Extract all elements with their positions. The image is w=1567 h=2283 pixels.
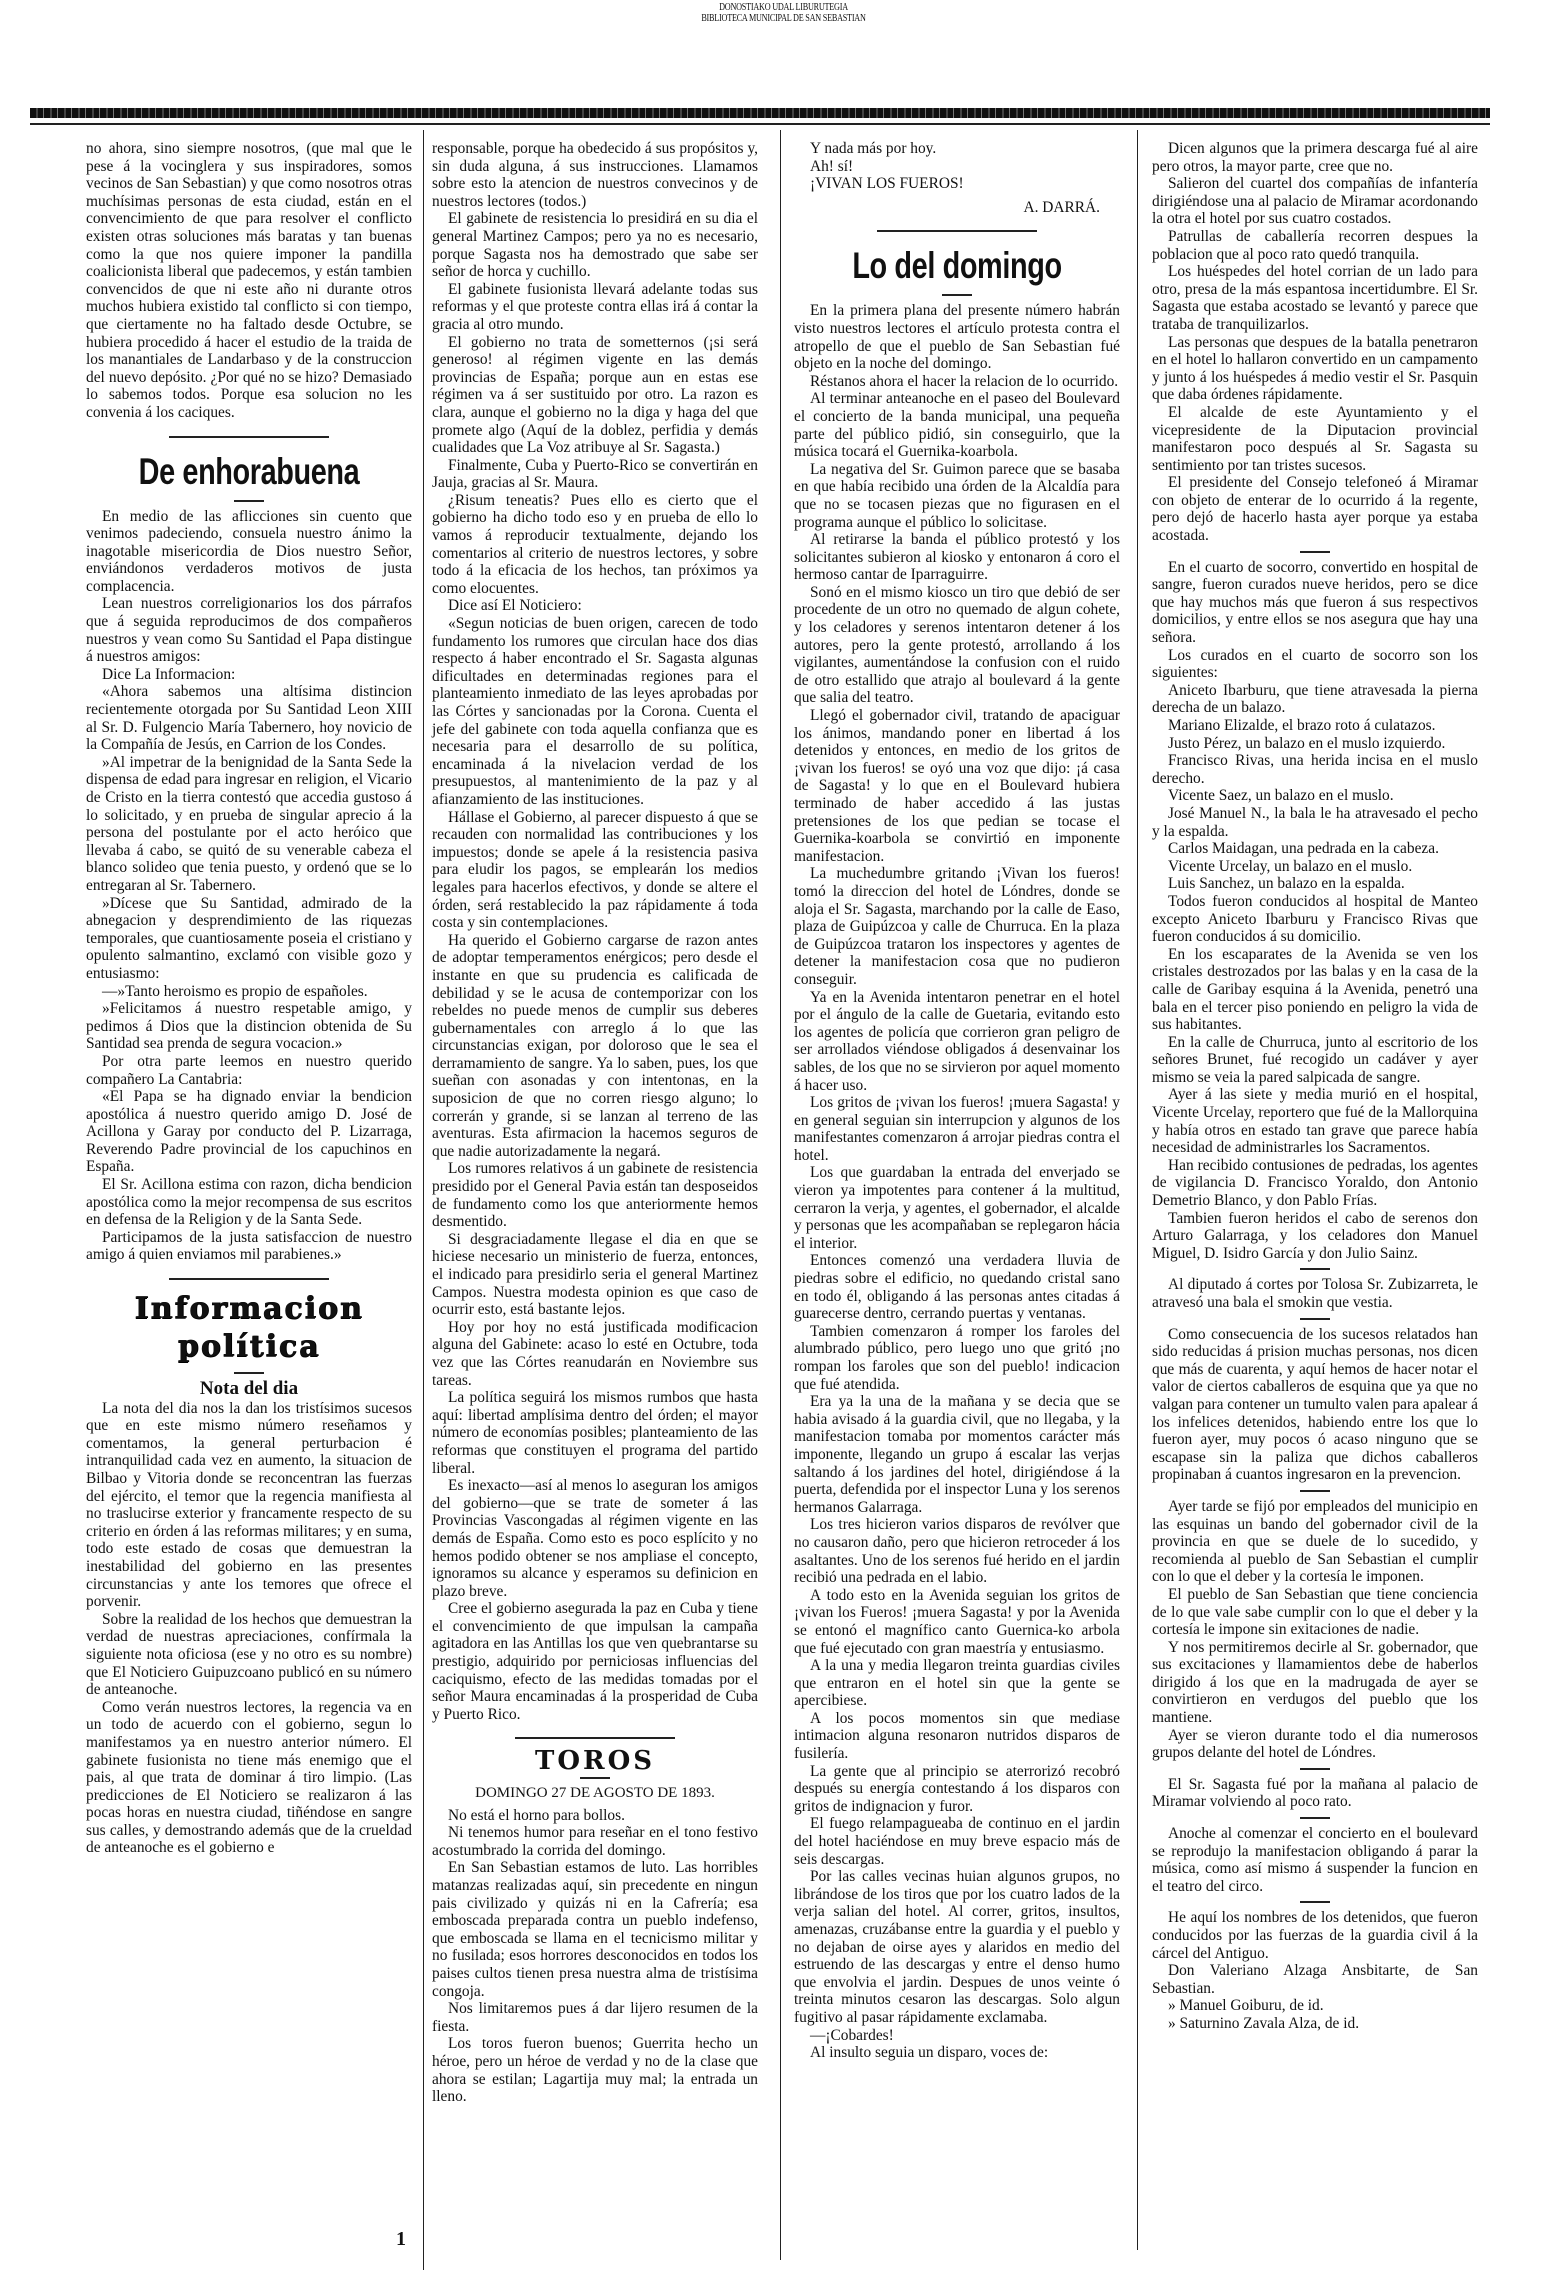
paragraph: Cree el gobierno asegurada la paz en Cub… bbox=[432, 1600, 758, 1723]
paragraph: Las personas que despues de la batalla p… bbox=[1152, 334, 1478, 404]
paragraph: Llegó el gobernador civil, tratando de a… bbox=[794, 707, 1120, 865]
paragraph: Hállase el Gobierno, al parecer dispuest… bbox=[432, 809, 758, 932]
paragraph: Es inexacto—así al menos lo aseguran los… bbox=[432, 1477, 758, 1600]
section-separator bbox=[169, 436, 329, 438]
injured-entry: Vicente Saez, un balazo en el muslo. bbox=[1152, 787, 1478, 805]
verse-line: Y nada más por hoy. bbox=[794, 140, 1120, 158]
masthead-line-1: DONOSTIAKO UDAL LIBURUTEGIA bbox=[141, 2, 1426, 13]
detainee-entry: » Manuel Goiburu, de id. bbox=[1152, 1997, 1478, 2015]
injured-entry: Luis Sanchez, un balazo en la espalda. bbox=[1152, 875, 1478, 893]
paragraph: El gabinete de resistencia lo presidirá … bbox=[432, 210, 758, 280]
injured-entry: Mariano Elizalde, el brazo roto á culata… bbox=[1152, 717, 1478, 735]
column-3: Y nada más por hoy. Ah! sí! ¡VIVAN LOS F… bbox=[794, 140, 1120, 2062]
paragraph: El Sr. Acillona estima con razon, dicha … bbox=[86, 1176, 412, 1229]
paragraph: En medio de las aflicciones sin cuento q… bbox=[86, 508, 412, 596]
paragraph: La gente que al principio se aterrorizó … bbox=[794, 1763, 1120, 1816]
injured-entry: Justo Pérez, un balazo en el muslo izqui… bbox=[1152, 735, 1478, 753]
paragraph: En San Sebastian estamos de luto. Las ho… bbox=[432, 1859, 758, 2000]
paragraph: El gabinete fusionista llevará adelante … bbox=[432, 281, 758, 334]
paragraph: Nos limitaremos pues á dar lijero resume… bbox=[432, 2000, 758, 2035]
paragraph: Lean nuestros correligionarios los dos p… bbox=[86, 595, 412, 665]
paragraph: Los rumores relativos á un gabinete de r… bbox=[432, 1160, 758, 1230]
subtitle-nota-del-dia: Nota del dia bbox=[86, 1380, 412, 1398]
paragraph: Y nos permitiremos decirle al Sr. gobern… bbox=[1152, 1639, 1478, 1727]
paragraph: Los tres hicieron varios disparos de rev… bbox=[794, 1516, 1120, 1586]
paragraph: Tambien comenzaron á romper los faroles … bbox=[794, 1323, 1120, 1393]
paragraph: Patrullas de caballería recorren despues… bbox=[1152, 228, 1478, 263]
paragraph: Sonó en el mismo kiosco un tiro que debi… bbox=[794, 584, 1120, 707]
paragraph: Por las calles vecinas huian algunos gru… bbox=[794, 1868, 1120, 2026]
paragraph: En la calle de Churruca, junto al escrit… bbox=[1152, 1034, 1478, 1087]
column-divider bbox=[780, 130, 781, 2260]
continuation-paragraph: no ahora, sino siempre nosotros, (que ma… bbox=[86, 140, 412, 422]
paragraph: Tambien fueron heridos el cabo de sereno… bbox=[1152, 1210, 1478, 1263]
detainees-intro: He aquí los nombres de los detenidos, qu… bbox=[1152, 1909, 1478, 1962]
section-title-toros: TOROS bbox=[432, 1753, 758, 1771]
paragraph: Salieron del cuartel dos compañías de in… bbox=[1152, 175, 1478, 228]
title-rule bbox=[234, 500, 264, 502]
paragraph: Participamos de la justa satisfaccion de… bbox=[86, 1229, 412, 1264]
paragraph: Si desgraciadamente llegase el dia en qu… bbox=[432, 1231, 758, 1319]
paragraph: A la una y media llegaron treinta guardi… bbox=[794, 1657, 1120, 1710]
paragraph: Los curados en el cuarto de socorro son … bbox=[1152, 647, 1478, 682]
paragraph: Los que guardaban la entrada del enverja… bbox=[794, 1164, 1120, 1252]
paragraph: A todo esto en la Avenida seguian los gr… bbox=[794, 1587, 1120, 1657]
paragraph: El pueblo de San Sebastian que tiene con… bbox=[1152, 1586, 1478, 1639]
paragraph: Hoy por hoy no está justificada modifica… bbox=[432, 1319, 758, 1389]
verse-line: Ah! sí! bbox=[794, 158, 1120, 176]
paragraph: Anoche al comenzar el concierto en el bo… bbox=[1152, 1825, 1478, 1895]
paragraph: Ni tenemos humor para reseñar en el tono… bbox=[432, 1824, 758, 1859]
paragraph: No está el horno para bollos. bbox=[432, 1807, 758, 1825]
paragraph: Al retirarse la banda el público protest… bbox=[794, 531, 1120, 584]
column-divider bbox=[1137, 130, 1138, 2250]
item-separator bbox=[1300, 1268, 1330, 1270]
paragraph: Ayer tarde se fijó por empleados del mun… bbox=[1152, 1498, 1478, 1586]
paragraph: Como consecuencia de los sucesos relatad… bbox=[1152, 1326, 1478, 1484]
item-separator bbox=[1300, 1768, 1330, 1770]
paragraph: En los escaparates de la Avenida se ven … bbox=[1152, 946, 1478, 1034]
column-4: Dicen algunos que la primera descarga fu… bbox=[1152, 140, 1478, 2033]
paragraph: Los toros fueron buenos; Guerrita hecho … bbox=[432, 2035, 758, 2105]
section-separator bbox=[877, 230, 1037, 232]
section-separator bbox=[169, 1278, 329, 1280]
column-2: responsable, porque ha obedecido á sus p… bbox=[432, 140, 758, 2106]
paragraph: Todos fueron conducidos al hospital de M… bbox=[1152, 893, 1478, 946]
item-separator bbox=[1300, 1817, 1330, 1819]
paragraph: La muchedumbre gritando ¡Vivan los fuero… bbox=[794, 865, 1120, 988]
verse-line: ¡VIVAN LOS FUEROS! bbox=[794, 175, 1120, 193]
paragraph: Los gritos de ¡vivan los fueros! ¡muera … bbox=[794, 1094, 1120, 1164]
title-rule bbox=[942, 294, 972, 296]
injured-entry: José Manuel N., la bala le ha atravesado… bbox=[1152, 805, 1478, 840]
paragraph: responsable, porque ha obedecido á sus p… bbox=[432, 140, 758, 210]
paragraph: Al insulto seguia un disparo, voces de: bbox=[794, 2044, 1120, 2062]
paragraph: El alcalde de este Ayuntamiento y el vic… bbox=[1152, 404, 1478, 474]
paragraph: El fuego relampagueaba de continuo en el… bbox=[794, 1815, 1120, 1868]
paragraph: La nota del dia nos la dan los tristísim… bbox=[86, 1400, 412, 1611]
paragraph: »Al impetrar de la benignidad de la Sant… bbox=[86, 754, 412, 895]
item-separator bbox=[1300, 1318, 1330, 1320]
injured-entry: Francisco Rivas, una herida incisa en el… bbox=[1152, 752, 1478, 787]
column-1: no ahora, sino siempre nosotros, (que ma… bbox=[86, 140, 412, 1857]
detainee-entry: » Saturnino Zavala Alza, de id. bbox=[1152, 2015, 1478, 2033]
item-separator bbox=[1300, 551, 1330, 553]
item-separator bbox=[1300, 1901, 1330, 1903]
verse-closing: Y nada más por hoy. Ah! sí! ¡VIVAN LOS F… bbox=[794, 140, 1120, 193]
paragraph: «El Papa se ha dignado enviar la bendici… bbox=[86, 1088, 412, 1176]
injured-entry: Vicente Urcelay, un balazo en el muslo. bbox=[1152, 858, 1478, 876]
detainee-entry: Don Valeriano Alzaga Ansbitarte, de San … bbox=[1152, 1962, 1478, 1997]
paragraph: Por otra parte leemos en nuestro querido… bbox=[86, 1053, 412, 1088]
paragraph: Era ya la una de la mañana y se decia qu… bbox=[794, 1393, 1120, 1516]
paragraph: »Felicitamos á nuestro respetable amigo,… bbox=[86, 1000, 412, 1053]
paragraph: Réstanos ahora el hacer la relacion de l… bbox=[794, 373, 1120, 391]
paragraph: En el cuarto de socorro, convertido en h… bbox=[1152, 559, 1478, 647]
paragraph: En la primera plana del presente número … bbox=[794, 302, 1120, 372]
paragraph: ¿Risum teneatis? Pues ello es cierto que… bbox=[432, 492, 758, 598]
author-signature: A. DARRÁ. bbox=[794, 199, 1120, 217]
top-rule bbox=[30, 123, 1490, 125]
injured-entry: Aniceto Ibarburu, que tiene atravesada l… bbox=[1152, 682, 1478, 717]
page-number: 1 bbox=[396, 2228, 406, 2251]
paragraph: —»Tanto heroismo es propio de españoles. bbox=[86, 983, 412, 1001]
title-rule bbox=[234, 1372, 264, 1374]
paragraph: Sobre la realidad de los hechos que demu… bbox=[86, 1611, 412, 1699]
paragraph: El gobierno no trata de sometternos (¡si… bbox=[432, 334, 758, 457]
injured-entry: Carlos Maidagan, una pedrada en la cabez… bbox=[1152, 840, 1478, 858]
paragraph: Entonces comenzó una verdadera lluvia de… bbox=[794, 1252, 1120, 1322]
paragraph: Al diputado á cortes por Tolosa Sr. Zubi… bbox=[1152, 1276, 1478, 1311]
paragraph: Finalmente, Cuba y Puerto-Rico se conver… bbox=[432, 457, 758, 492]
paragraph: Los huéspedes del hotel corrian de un la… bbox=[1152, 263, 1478, 333]
paragraph: «Ahora sabemos una altísima distincion r… bbox=[86, 683, 412, 753]
section-separator bbox=[515, 1737, 675, 1739]
paragraph: A los pocos momentos sin que mediase int… bbox=[794, 1710, 1120, 1763]
paragraph: Dice así El Noticiero: bbox=[432, 597, 758, 615]
paragraph: —¡Cobardes! bbox=[794, 2027, 1120, 2045]
article-title-de-enhorabuena: De enhorabuena bbox=[122, 450, 376, 494]
paragraph: Han recibido contusiones de pedradas, lo… bbox=[1152, 1157, 1478, 1210]
paragraph: «Segun noticias de buen origen, carecen … bbox=[432, 615, 758, 809]
library-masthead: DONOSTIAKO UDAL LIBURUTEGIA BIBLIOTECA M… bbox=[141, 2, 1426, 24]
paragraph: »Dícese que Su Santidad, admirado de la … bbox=[86, 895, 412, 983]
item-separator bbox=[1300, 1490, 1330, 1492]
paragraph: La política seguirá los mismos rumbos qu… bbox=[432, 1389, 758, 1477]
paragraph: Dicen algunos que la primera descarga fu… bbox=[1152, 140, 1478, 175]
top-border-band bbox=[30, 108, 1490, 118]
paragraph: El Sr. Sagasta fué por la mañana al pala… bbox=[1152, 1776, 1478, 1811]
paragraph: La negativa del Sr. Guimon parece que se… bbox=[794, 461, 1120, 531]
title-rule bbox=[580, 1777, 610, 1779]
dateline: DOMINGO 27 DE AGOSTO DE 1893. bbox=[432, 1785, 758, 1803]
section-title-informacion-politica: Informacion política bbox=[86, 1290, 412, 1366]
column-divider bbox=[423, 130, 424, 2270]
paragraph: Como verán nuestros lectores, la regenci… bbox=[86, 1699, 412, 1857]
paragraph: El presidente del Consejo telefoneó á Mi… bbox=[1152, 474, 1478, 544]
article-title-lo-del-domingo: Lo del domingo bbox=[830, 244, 1084, 288]
paragraph: Ya en la Avenida intentaron penetrar en … bbox=[794, 989, 1120, 1095]
paragraph: Ayer á las siete y media murió en el hos… bbox=[1152, 1086, 1478, 1156]
masthead-line-2: BIBLIOTECA MUNICIPAL DE SAN SEBASTIAN bbox=[141, 13, 1426, 24]
paragraph: Ha querido el Gobierno cargarse de razon… bbox=[432, 932, 758, 1161]
paragraph: Ayer se vieron durante todo el dia numer… bbox=[1152, 1727, 1478, 1762]
paragraph: Al terminar anteanoche en el paseo del B… bbox=[794, 390, 1120, 460]
paragraph: Dice La Informacion: bbox=[86, 666, 412, 684]
